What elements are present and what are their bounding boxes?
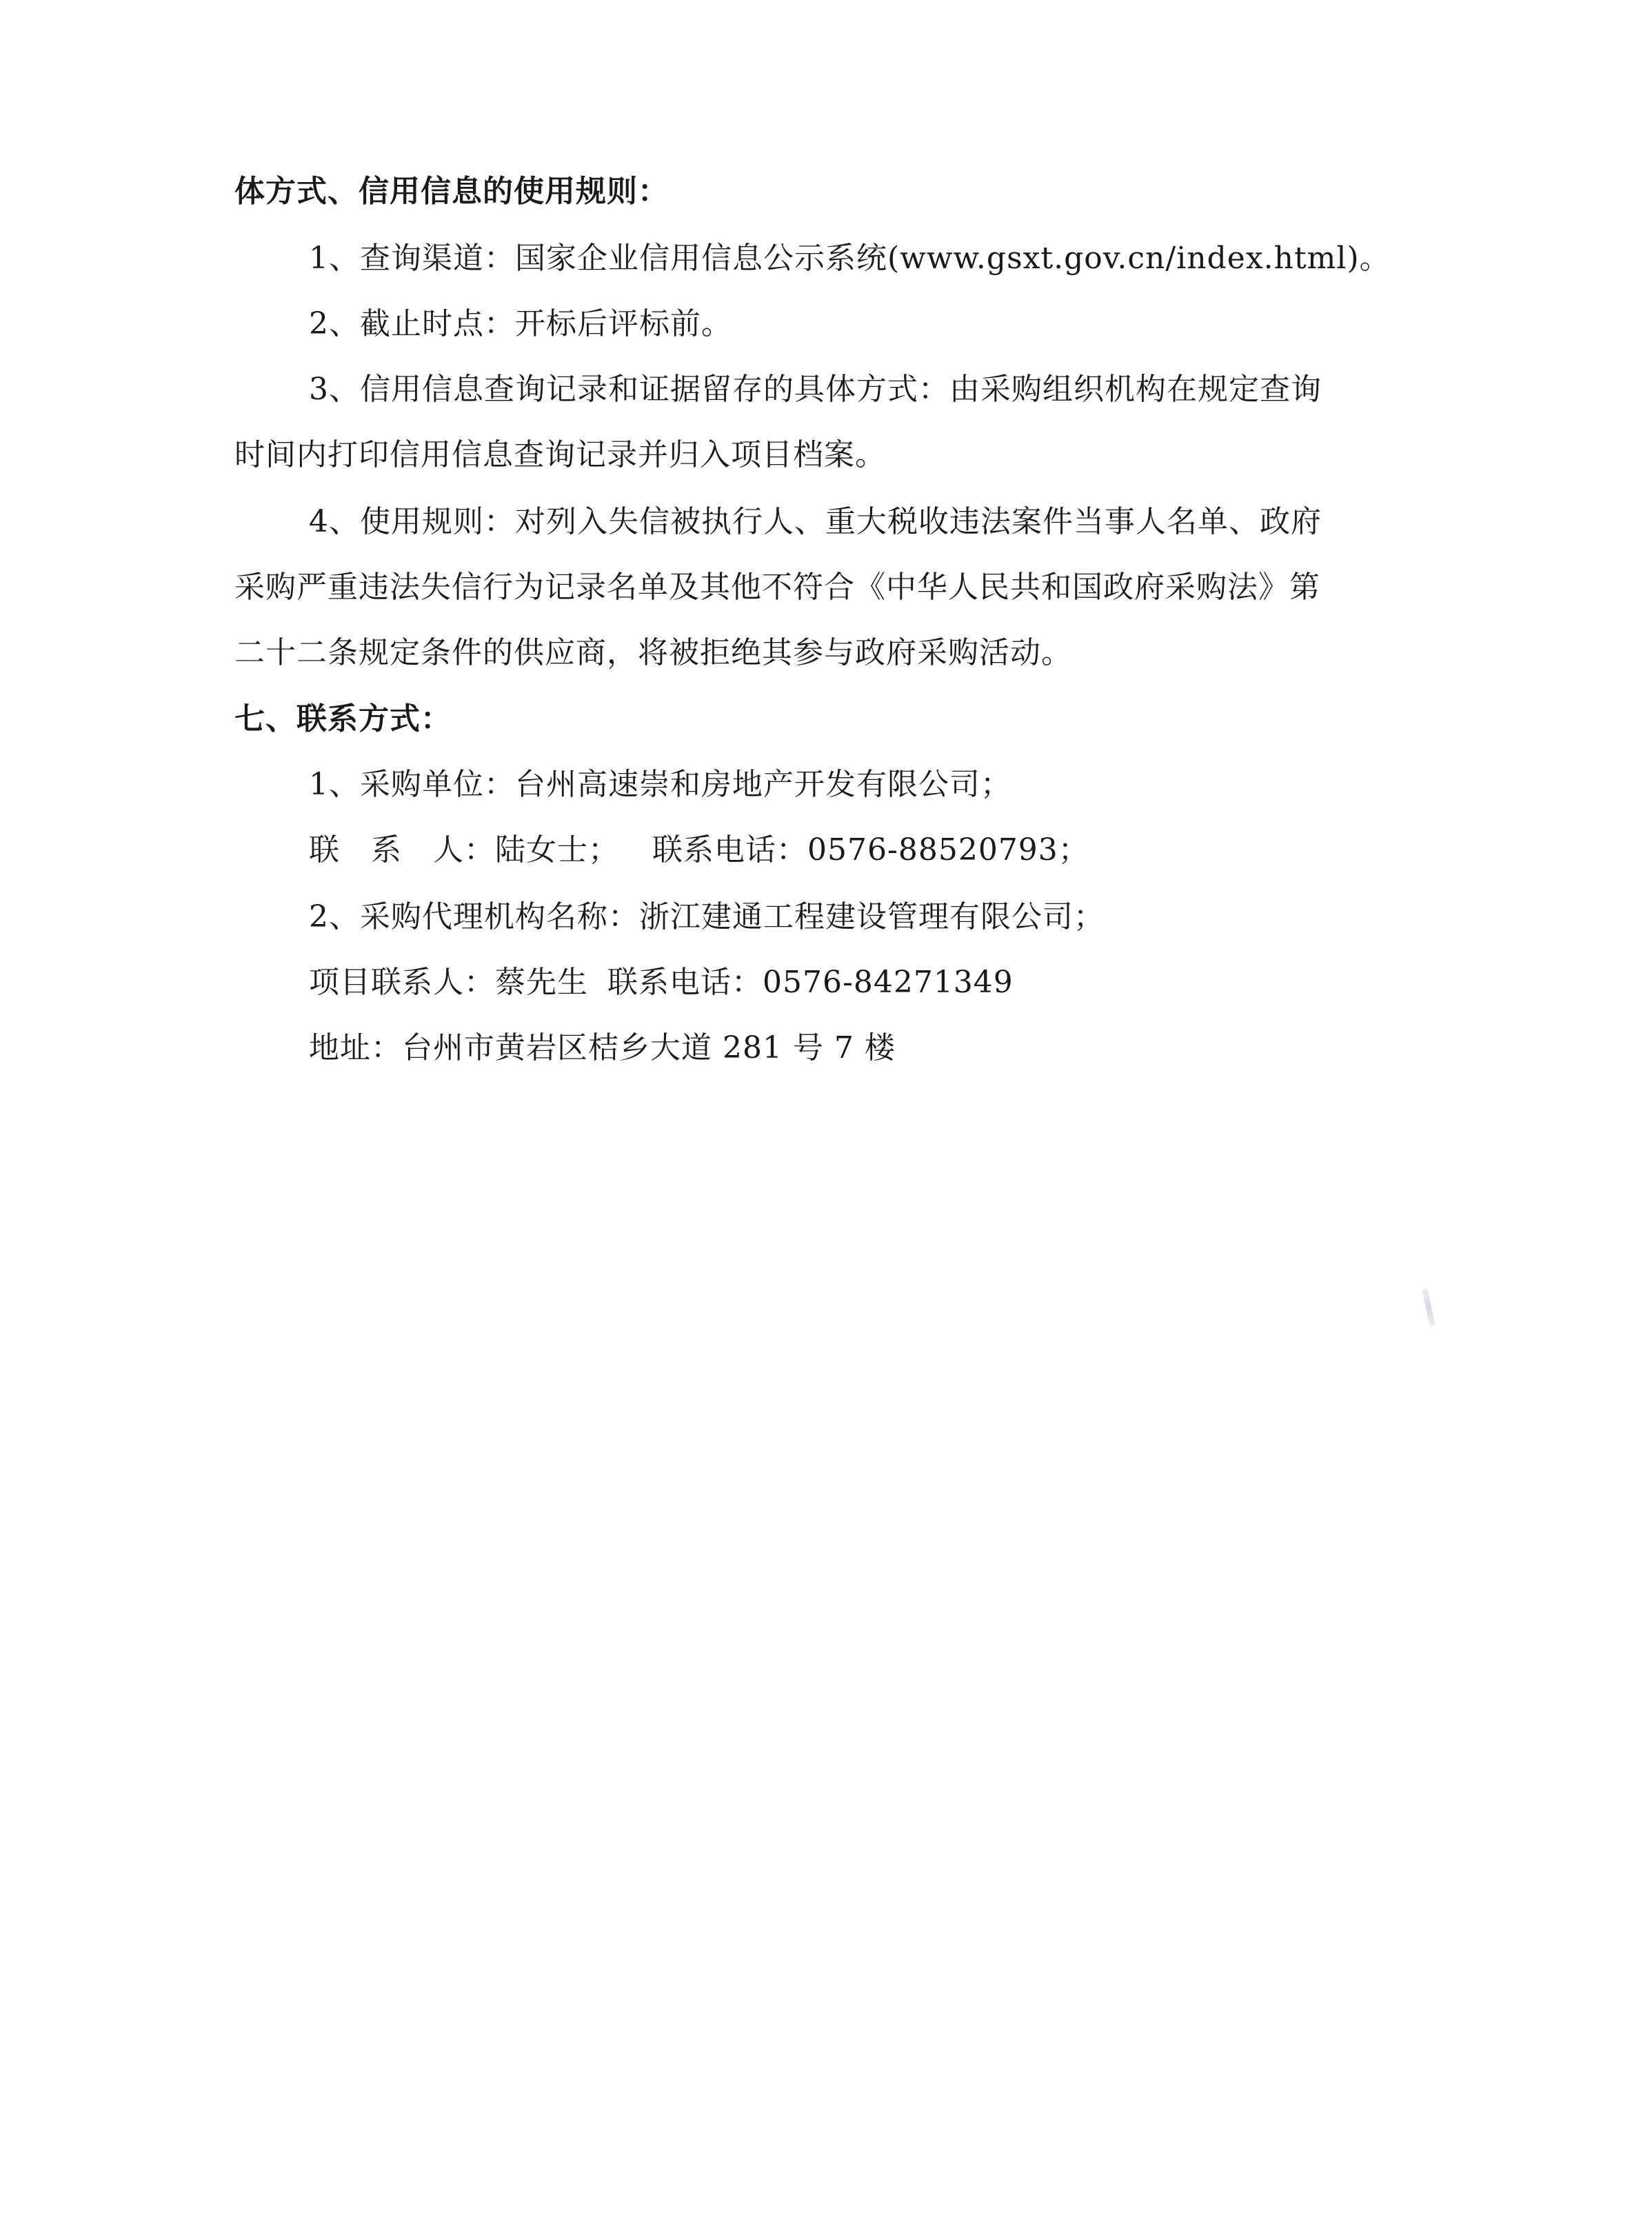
rule-record-method: 3、信用信息查询记录和证据留存的具体方式：由采购组织机构在规定查询 [309, 370, 1322, 409]
section-heading-contact: 七、联系方式： [234, 700, 452, 739]
scan-smudge [1422, 1288, 1435, 1327]
rule-usage: 4、使用规则：对列入失信被执行人、重大税收违法案件当事人名单、政府 [309, 503, 1322, 541]
agency-phone: 联系电话：0576-84271349 [607, 965, 1014, 1000]
rule-usage-cont-1: 采购严重违法失信行为记录名单及其他不符合《中华人民共和国政府采购法》第 [234, 568, 1320, 607]
purchaser-contact-person: 联 系 人：陆女士； [309, 832, 619, 868]
purchaser-name: 1、采购单位：台州高速崇和房地产开发有限公司； [309, 765, 1011, 804]
purchaser-contact-row: 联 系 人：陆女士；联系电话：0576-88520793； [309, 831, 1089, 870]
agency-name: 2、采购代理机构名称：浙江建通工程建设管理有限公司； [309, 898, 1105, 936]
rule-record-method-cont: 时间内打印信用信息查询记录并归入项目档案。 [234, 436, 886, 474]
rule-query-channel: 1、查询渠道：国家企业信用信息公示系统(www.gsxt.gov.cn/inde… [309, 239, 1391, 278]
agency-contact-person: 项目联系人：蔡先生 [309, 965, 588, 1000]
section-heading-credit-rules: 体方式、信用信息的使用规则： [234, 172, 669, 211]
purchaser-phone: 联系电话：0576-88520793； [652, 832, 1089, 868]
rule-deadline: 2、截止时点：开标后评标前。 [309, 305, 732, 343]
agency-contact-row: 项目联系人：蔡先生联系电话：0576-84271349 [309, 963, 1014, 1002]
rule-usage-cont-2: 二十二条规定条件的供应商，将被拒绝其参与政府采购活动。 [234, 634, 1072, 672]
agency-address: 地址：台州市黄岩区桔乡大道 281 号 7 楼 [309, 1029, 896, 1067]
